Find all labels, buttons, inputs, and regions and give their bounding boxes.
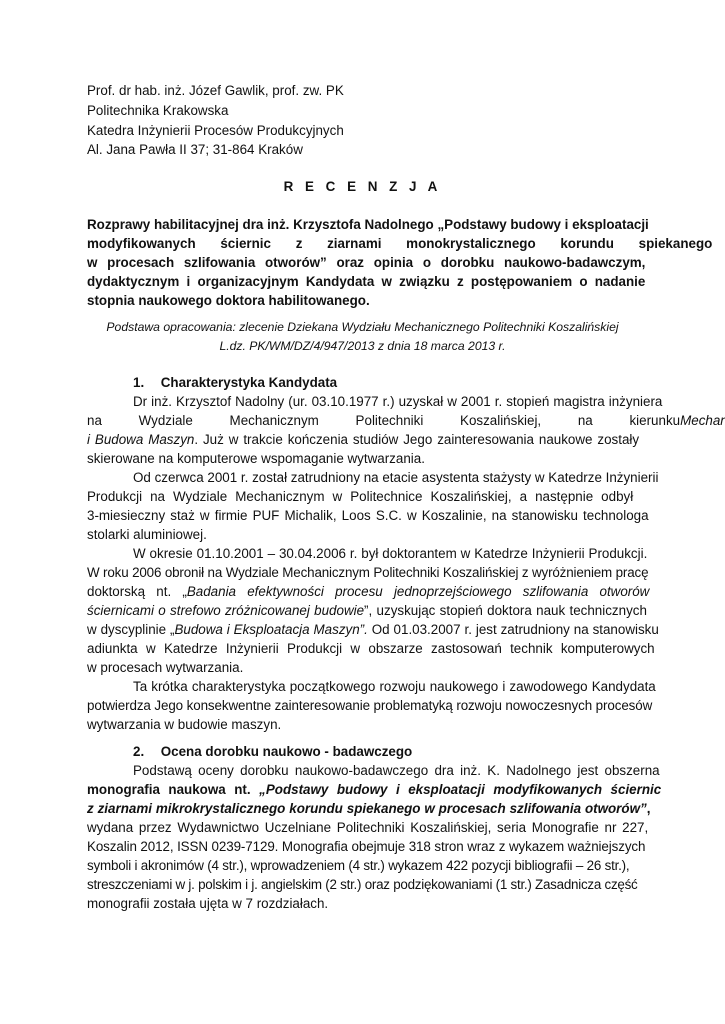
- s1-line-2: na Wydziale Mechanicznym Politechniki Ko…: [87, 412, 638, 430]
- s1-line-7: 3-miesieczny staż w firmie PUF Michalik,…: [87, 507, 638, 525]
- s1-line-16: Ta krótka charakterystyka początkowego r…: [87, 678, 638, 696]
- subject-line-2-text: modyfikowanych ściernic z ziarnami monok…: [87, 235, 712, 253]
- thesis-title-part-1: Badania efektywności procesu jednoprzejś…: [187, 584, 650, 599]
- monograph-title-part-2: z ziarnami mikrokrystalicznego korundu s…: [87, 801, 647, 816]
- s1-line-11: doktorską nt. „Badania efektywności proc…: [87, 583, 638, 601]
- reviewer-address: Al. Jana Pawła II 37; 31-864 Kraków: [87, 141, 303, 159]
- reviewer-university: Politechnika Krakowska: [87, 102, 228, 120]
- s1-line-2-text: na Wydziale Mechanicznym Politechniki Ko…: [87, 412, 680, 430]
- subject-line-4: dydaktycznym i organizacyjnym Kandydata …: [87, 273, 638, 291]
- s1-line-11-text: doktorską nt. „: [87, 584, 187, 599]
- s1-line-12-text: ”, uzyskując stopień doktora nauk techni…: [364, 603, 647, 618]
- section-2-number: 2.: [133, 743, 157, 761]
- s1-line-13-rest: Od 01.03.2007 r. jest zatrudniony na sta…: [368, 622, 659, 637]
- s1-line-4: skierowane na komputerowe wspomaganie wy…: [87, 450, 425, 468]
- s1-line-3-text: . Już w trakcie kończenia studiów Jego z…: [194, 432, 639, 447]
- subject-line-5: stopnia naukowego doktora habilitowanego…: [87, 292, 370, 310]
- s1-line-13-text: w dyscyplinie „: [87, 622, 174, 637]
- s1-line-18: wytwarzania w budowie maszyn.: [87, 716, 281, 734]
- s2-line-6: symboli i akronimów (4 str.), wprowadzen…: [87, 857, 638, 875]
- section-2-title: Ocena dorobku naukowo - badawczego: [161, 744, 412, 759]
- reviewer-name: Prof. dr hab. inż. Józef Gawlik, prof. z…: [87, 82, 344, 100]
- s2-line-1: Podstawą oceny dorobku naukowo-badawczeg…: [87, 762, 638, 780]
- subject-line-1: Rozprawy habilitacyjnej dra inż. Krzyszt…: [87, 216, 638, 234]
- s2-line-4: wydana przez Wydawnictwo Uczelniane Poli…: [87, 819, 638, 837]
- section-1-heading: 1. Charakterystyka Kandydata: [133, 374, 337, 392]
- s1-line-17: potwierdza Jego konsekwentne zainteresow…: [87, 697, 638, 715]
- section-2-heading: 2. Ocena dorobku naukowo - badawczego: [133, 743, 412, 761]
- document-title: R E C E N Z J A: [87, 178, 638, 196]
- s2-monograph-label: monografia naukowa nt.: [87, 782, 251, 797]
- s2-line-2: monografia naukowa nt. „Podstawy budowy …: [87, 781, 638, 799]
- s1-line-6: Produkcji na Wydziale Mechanicznym w Pol…: [87, 488, 638, 506]
- s1-line-15: w procesach wytwarzania.: [87, 659, 243, 677]
- monograph-title-part-1: „Podstawy budowy i eksploatacji modyfiko…: [259, 782, 661, 797]
- thesis-title-part-2: ściernicami o strefowo zróżnicowanej bud…: [87, 603, 364, 618]
- s1-line-5: Od czerwca 2001 r. został zatrudniony na…: [87, 469, 638, 487]
- s1-line-13: w dyscyplinie „Budowa i Eksploatacja Mas…: [87, 621, 638, 639]
- s2-line-7: streszczeniami w j. polskim i j. angiels…: [87, 876, 638, 894]
- s1-line-10: W roku 2006 obronił na Wydziale Mechanic…: [87, 564, 638, 582]
- s1-line-12: ściernicami o strefowo zróżnicowanej bud…: [87, 602, 638, 620]
- s2-line-3: z ziarnami mikrokrystalicznego korundu s…: [87, 800, 638, 818]
- section-1-number: 1.: [133, 374, 157, 392]
- s1-line-3: i Budowa Maszyn. Już w trakcie kończenia…: [87, 431, 638, 449]
- s2-line-3-comma: ,: [647, 801, 651, 816]
- s1-line-2-italic: Mechanika: [680, 412, 725, 430]
- s1-line-8: stolarki aluminiowej.: [87, 526, 207, 544]
- s2-line-8: monografii została ujęta w 7 rozdziałach…: [87, 895, 328, 913]
- s1-line-14: adiunkta w Katedrze Inżynierii Produkcji…: [87, 640, 638, 658]
- subject-line-2: modyfikowanych ściernic z ziarnami monok…: [87, 235, 638, 253]
- basis-line-1: Podstawa opracowania: zlecenie Dziekana …: [87, 318, 638, 336]
- subject-line-3: w procesach szlifowania otworów” oraz op…: [87, 254, 638, 272]
- section-1-title: Charakterystyka Kandydata: [161, 375, 337, 390]
- s1-line-9: W okresie 01.10.2001 – 30.04.2006 r. był…: [87, 545, 638, 563]
- reviewer-department: Katedra Inżynierii Procesów Produkcyjnyc…: [87, 122, 344, 140]
- discipline-name: Budowa i Eksploatacja Maszyn”.: [174, 622, 367, 637]
- s1-line-3-italic: i Budowa Maszyn: [87, 432, 194, 447]
- s2-line-5: Koszalin 2012, ISSN 0239-7129. Monografi…: [87, 838, 638, 856]
- basis-line-2: L.dz. PK/WM/DZ/4/947/2013 z dnia 18 marc…: [87, 337, 638, 355]
- s1-line-1: Dr inż. Krzysztof Nadolny (ur. 03.10.197…: [87, 393, 638, 411]
